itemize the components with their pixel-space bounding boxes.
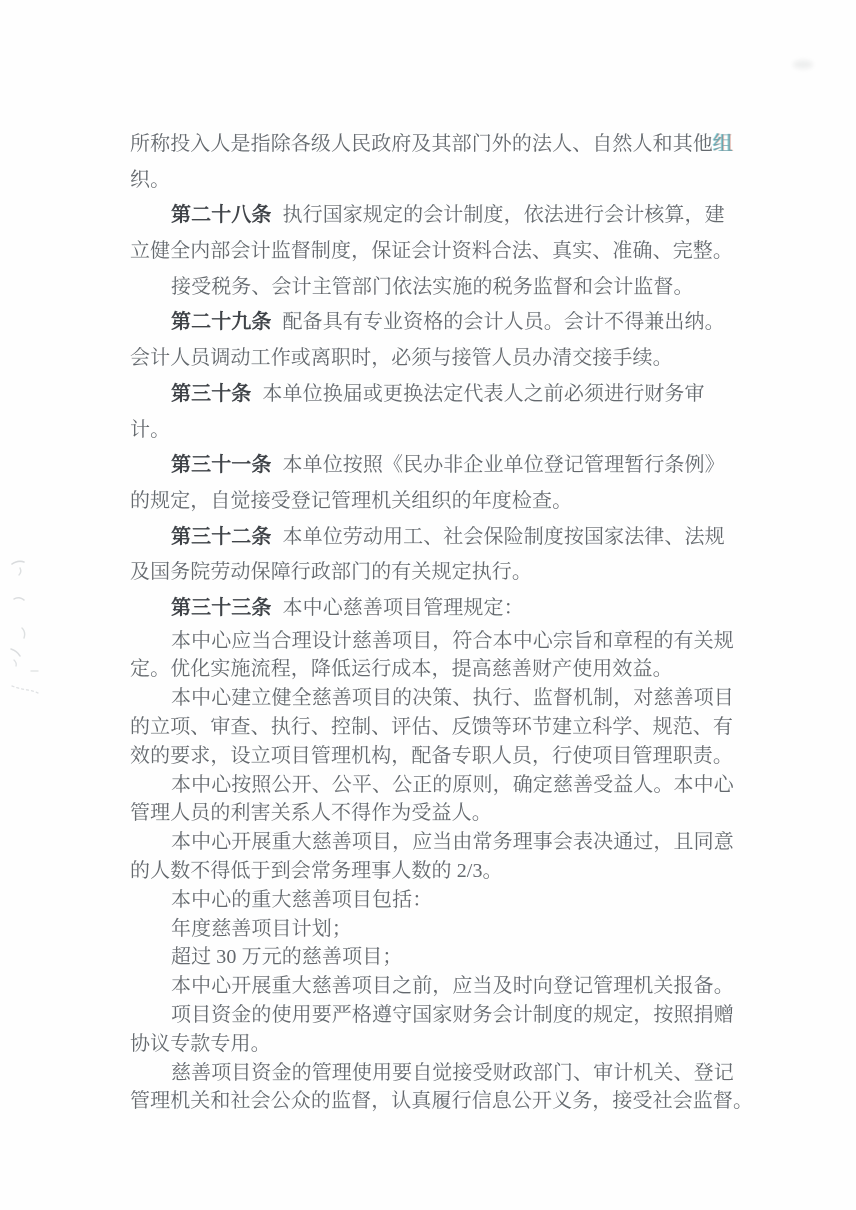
line-text: 管理人员的利害关系人不得作为受益人。: [130, 802, 492, 824]
text-line: 第三十三条本中心慈善项目管理规定：: [130, 591, 752, 627]
line-text: 本中心开展重大慈善项目，应当由常务理事会表决通过，且同意: [171, 831, 734, 853]
text-line: 的规定，自觉接受登记管理机关组织的年度检查。: [130, 484, 752, 520]
text-line: 的立项、审查、执行、控制、评估、反馈等环节建立科学、规范、有: [130, 713, 752, 742]
text-line: 计。: [130, 413, 752, 449]
text-line: 立健全内部会计监督制度，保证会计资料合法、真实、准确、完整。: [130, 234, 752, 270]
line-text: 本中心按照公开、公平、公正的原则，确定慈善受益人。本中心: [171, 774, 734, 796]
text-line: 织。: [130, 163, 752, 199]
color-fringed-character-artifact: 组: [713, 133, 733, 155]
document-body: 所称投入人是指除各级人民政府及其部门外的法人、自然人和其他组织。第二十八条执行国…: [130, 127, 752, 1116]
line-text: 会计人员调动工作或离职时，必须与接管人员办清交接手续。: [130, 347, 673, 369]
article-number-heading: 第三十条: [171, 383, 251, 405]
text-line: 第三十二条本单位劳动用工、社会保险制度按国家法律、法规: [130, 520, 752, 556]
text-line: 本中心建立健全慈善项目的决策、执行、监督机制，对慈善项目: [130, 684, 752, 713]
text-line: 本中心按照公开、公平、公正的原则，确定慈善受益人。本中心: [130, 771, 752, 800]
line-text: 本中心应当合理设计慈善项目，符合本中心宗旨和章程的有关规: [171, 630, 734, 652]
line-text: 定。优化实施流程，降低运行成本，提高慈善财产使用效益。: [130, 658, 673, 680]
text-line: 定。优化实施流程，降低运行成本，提高慈善财产使用效益。: [130, 655, 752, 684]
scan-smudge-artifact: [793, 60, 813, 69]
line-text: 的立项、审查、执行、控制、评估、反馈等环节建立科学、规范、有: [130, 716, 733, 738]
text-line: 年度慈善项目计划；: [130, 915, 752, 944]
text-line: 超过 30 万元的慈善项目；: [130, 943, 752, 972]
line-text: 年度慈善项目计划；: [171, 918, 352, 940]
text-line: 管理机关和社会公众的监督，认真履行信息公开义务，接受社会监督。: [130, 1087, 752, 1116]
line-text: 超过 30 万元的慈善项目；: [171, 946, 402, 968]
text-line: 第三十一条本单位按照《民办非企业单位登记管理暂行条例》: [130, 448, 752, 484]
article-number-heading: 第三十一条: [171, 454, 272, 476]
article-33-detail-section: 本中心应当合理设计慈善项目，符合本中心宗旨和章程的有关规定。优化实施流程，降低运…: [130, 627, 752, 1117]
line-text: 所称投入人是指除各级人民政府及其部门外的法人、自然人和其他: [130, 133, 713, 155]
text-line: 本中心应当合理设计慈善项目，符合本中心宗旨和章程的有关规: [130, 627, 752, 656]
text-line: 会计人员调动工作或离职时，必须与接管人员办清交接手续。: [130, 341, 752, 377]
text-line: 及国务院劳动保障行政部门的有关规定执行。: [130, 555, 752, 591]
article-number-heading: 第三十三条: [171, 597, 272, 619]
article-number-heading: 第二十八条: [171, 204, 272, 226]
text-line: 效的要求，设立项目管理机构，配备专职人员，行使项目管理职责。: [130, 742, 752, 771]
article-number-heading: 第二十九条: [171, 311, 272, 333]
scan-margin-artifact: [4, 548, 64, 708]
line-text: 立健全内部会计监督制度，保证会计资料合法、真实、准确、完整。: [130, 240, 733, 262]
text-line: 协议专款专用。: [130, 1030, 752, 1059]
line-text: 配备具有专业资格的会计人员。会计不得兼出纳。: [283, 311, 725, 333]
text-line: 本中心开展重大慈善项目之前，应当及时向登记管理机关报备。: [130, 972, 752, 1001]
text-line: 的人数不得低于到会常务理事人数的 2/3。: [130, 857, 752, 886]
line-text: 项目资金的使用要严格遵守国家财务会计制度的规定，按照捐赠: [171, 1004, 734, 1026]
line-text: 本中心建立健全慈善项目的决策、执行、监督机制，对慈善项目: [171, 687, 734, 709]
line-text: 本单位换届或更换法定代表人之前必须进行财务审: [262, 383, 704, 405]
line-text: 的规定，自觉接受登记管理机关组织的年度检查。: [130, 490, 572, 512]
text-line: 第三十条本单位换届或更换法定代表人之前必须进行财务审: [130, 377, 752, 413]
text-line: 第二十九条配备具有专业资格的会计人员。会计不得兼出纳。: [130, 305, 752, 341]
scanned-document-page: 所称投入人是指除各级人民政府及其部门外的法人、自然人和其他组织。第二十八条执行国…: [0, 0, 856, 1210]
line-text: 本中心慈善项目管理规定：: [283, 597, 524, 619]
line-text: 效的要求，设立项目管理机构，配备专职人员，行使项目管理职责。: [130, 745, 733, 767]
text-line: 本中心的重大慈善项目包括：: [130, 886, 752, 915]
line-text: 本单位按照《民办非企业单位登记管理暂行条例》: [283, 454, 725, 476]
text-line: 项目资金的使用要严格遵守国家财务会计制度的规定，按照捐赠: [130, 1001, 752, 1030]
line-text: 本单位劳动用工、社会保险制度按国家法律、法规: [283, 526, 725, 548]
line-text: 计。: [130, 419, 170, 441]
articles-28-33-section: 所称投入人是指除各级人民政府及其部门外的法人、自然人和其他组织。第二十八条执行国…: [130, 127, 752, 627]
text-line: 第二十八条执行国家规定的会计制度，依法进行会计核算，建: [130, 198, 752, 234]
article-number-heading: 第三十二条: [171, 526, 272, 548]
text-line: 慈善项目资金的管理使用要自觉接受财政部门、审计机关、登记: [130, 1059, 752, 1088]
line-text: 及国务院劳动保障行政部门的有关规定执行。: [130, 561, 532, 583]
text-line: 所称投入人是指除各级人民政府及其部门外的法人、自然人和其他组: [130, 127, 752, 163]
line-text: 的人数不得低于到会常务理事人数的 2/3。: [130, 860, 503, 882]
line-text: 本中心开展重大慈善项目之前，应当及时向登记管理机关报备。: [171, 975, 734, 997]
text-line: 管理人员的利害关系人不得作为受益人。: [130, 799, 752, 828]
line-text: 慈善项目资金的管理使用要自觉接受财政部门、审计机关、登记: [171, 1062, 734, 1084]
line-text: 本中心的重大慈善项目包括：: [171, 889, 432, 911]
line-text: 执行国家规定的会计制度，依法进行会计核算，建: [283, 204, 725, 226]
text-line: 本中心开展重大慈善项目，应当由常务理事会表决通过，且同意: [130, 828, 752, 857]
text-line: 接受税务、会计主管部门依法实施的税务监督和会计监督。: [130, 270, 752, 306]
line-text: 织。: [130, 169, 170, 191]
line-text: 管理机关和社会公众的监督，认真履行信息公开义务，接受社会监督。: [130, 1090, 753, 1112]
line-text: 协议专款专用。: [130, 1033, 271, 1055]
line-text: 接受税务、会计主管部门依法实施的税务监督和会计监督。: [171, 276, 694, 298]
